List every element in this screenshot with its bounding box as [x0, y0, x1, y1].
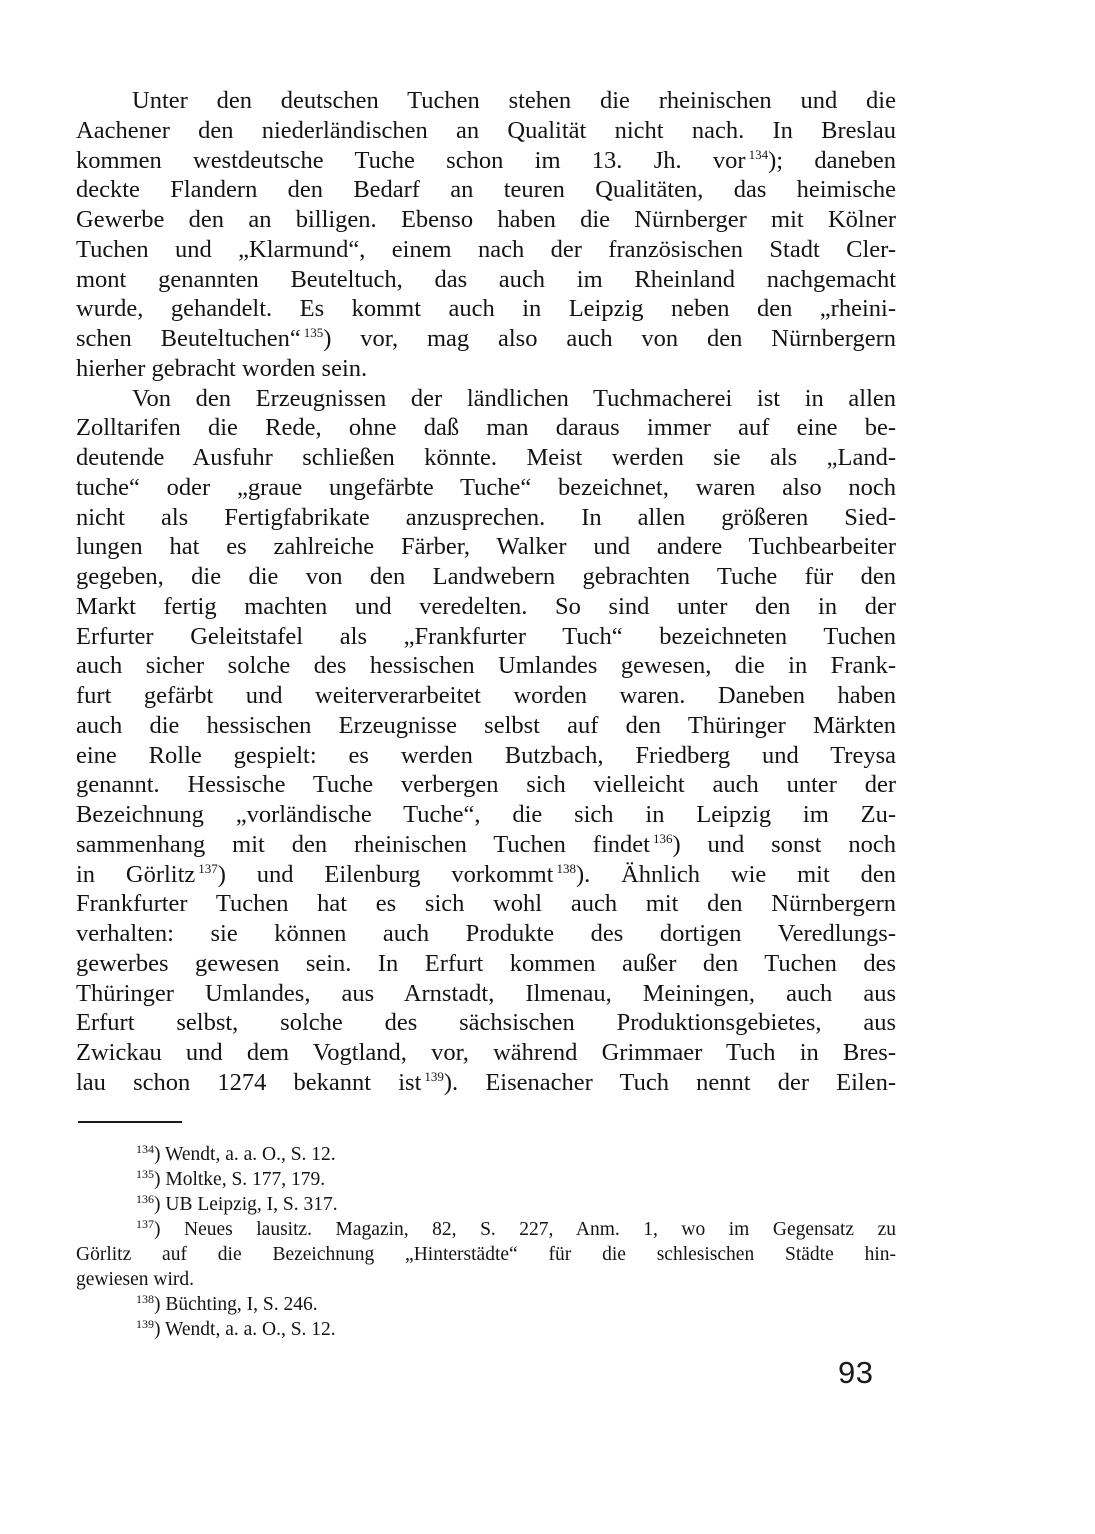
- text-line: Tuchen und „Klarmund“, einem nach der fr…: [76, 235, 896, 265]
- line-text: nicht als Fertigfabrikate anzusprechen. …: [76, 504, 896, 531]
- text-line: auch sicher solche des hessischen Umland…: [76, 651, 896, 681]
- footnote-ref-139[interactable]: 139: [424, 1069, 444, 1084]
- line-text: Thüringer Umlandes, aus Arnstadt, Ilmena…: [76, 980, 896, 1007]
- line-text: mont genannten Beuteltuch, das auch im R…: [76, 266, 896, 293]
- footnote-text: gewiesen wird.: [76, 1269, 194, 1290]
- line-text: auch die hessischen Erzeugnisse selbst a…: [76, 712, 896, 739]
- line-text: gegeben, die die von den Landwebern gebr…: [76, 563, 896, 590]
- text-line: lau schon 1274 bekannt ist139). Eisenach…: [76, 1068, 896, 1098]
- text-line: sammenhang mit den rheinischen Tuchen fi…: [76, 830, 896, 860]
- footnote-text: Wendt, a. a. O., S. 12.: [165, 1144, 336, 1165]
- footnote-ref-134[interactable]: 134: [749, 147, 769, 162]
- text-line: mont genannten Beuteltuch, das auch im R…: [76, 265, 896, 295]
- body-text: Unter den deutschen Tuchen stehen die rh…: [76, 86, 896, 1098]
- text-line: nicht als Fertigfabrikate anzusprechen. …: [76, 503, 896, 533]
- line-text: Markt fertig machten und veredelten. So …: [76, 593, 896, 620]
- line-text: wurde, gehandelt. Es kommt auch in Leipz…: [76, 295, 896, 322]
- line-text: Tuchen und „Klarmund“, einem nach der fr…: [76, 236, 896, 263]
- text-line: Zolltarifen die Rede, ohne daß man darau…: [76, 413, 896, 443]
- footnote-number: 134: [136, 1142, 154, 1156]
- text-line: hierher gebracht worden sein.: [76, 354, 896, 384]
- line-text: ). Eisenacher Tuch nennt der Eilen-: [444, 1069, 896, 1096]
- footnote-134: 134) Wendt, a. a. O., S. 12.: [76, 1142, 896, 1167]
- line-text: eine Rolle gespielt: es werden Butzbach,…: [76, 742, 896, 769]
- line-text: in Görlitz: [76, 861, 195, 888]
- footnote-139: 139) Wendt, a. a. O., S. 12.: [76, 1317, 896, 1342]
- text-line: deutende Ausfuhr schließen könnte. Meist…: [76, 443, 896, 473]
- text-line: Erfurter Geleitstafel als „Frankfurter T…: [76, 622, 896, 652]
- text-line: Bezeichnung „vorländische Tuche“, die si…: [76, 800, 896, 830]
- line-text: tuche“ oder „graue ungefärbte Tuche“ bez…: [76, 474, 896, 501]
- footnote-text: Büchting, I, S. 246.: [165, 1294, 317, 1315]
- line-text: Erfurter Geleitstafel als „Frankfurter T…: [76, 623, 896, 650]
- line-text: hierher gebracht worden sein.: [76, 355, 367, 382]
- text-line: lungen hat es zahlreiche Färber, Walker …: [76, 532, 896, 562]
- line-text: Zwickau und dem Vogtland, vor, während G…: [76, 1039, 896, 1066]
- document-page: Unter den deutschen Tuchen stehen die rh…: [0, 0, 1095, 1534]
- footnote-135: 135) Moltke, S. 177, 179.: [76, 1167, 896, 1192]
- line-text: kommen westdeutsche Tuche schon im 13. J…: [76, 147, 746, 174]
- text-line: deckte Flandern den Bedarf an teuren Qua…: [76, 175, 896, 205]
- footnote-number: 137: [136, 1217, 154, 1231]
- text-line: gegeben, die die von den Landwebern gebr…: [76, 562, 896, 592]
- footnote-number: 136: [136, 1192, 154, 1206]
- line-text: Zolltarifen die Rede, ohne daß man darau…: [76, 414, 896, 441]
- footnote-137-cont: gewiesen wird.: [76, 1267, 896, 1292]
- text-line: Unter den deutschen Tuchen stehen die rh…: [76, 86, 896, 116]
- footnote-number: 139: [136, 1317, 154, 1331]
- text-line: auch die hessischen Erzeugnisse selbst a…: [76, 711, 896, 741]
- line-text: genannt. Hessische Tuche verbergen sich …: [76, 771, 896, 798]
- text-line: Von den Erzeugnissen der ländlichen Tuch…: [76, 384, 896, 414]
- line-text: lungen hat es zahlreiche Färber, Walker …: [76, 533, 896, 560]
- line-text: deutende Ausfuhr schließen könnte. Meist…: [76, 444, 896, 471]
- footnote-text: UB Leipzig, I, S. 317.: [165, 1194, 337, 1215]
- line-text: ) und sonst noch: [672, 831, 896, 858]
- text-line: Zwickau und dem Vogtland, vor, während G…: [76, 1038, 896, 1068]
- line-text: Unter den deutschen Tuchen stehen die rh…: [132, 87, 896, 114]
- text-line: Aachener den niederländischen an Qualitä…: [76, 116, 896, 146]
- footnote-ref-137[interactable]: 137: [198, 861, 218, 876]
- line-text: Bezeichnung „vorländische Tuche“, die si…: [76, 801, 896, 828]
- line-text: Aachener den niederländischen an Qualitä…: [76, 117, 896, 144]
- footnote-separator: [78, 1121, 182, 1123]
- text-line: Markt fertig machten und veredelten. So …: [76, 592, 896, 622]
- line-text: deckte Flandern den Bedarf an teuren Qua…: [76, 176, 896, 203]
- line-text: Frankfurter Tuchen hat es sich wohl auch…: [76, 890, 896, 917]
- text-line: Gewerbe den an billigen. Ebenso haben di…: [76, 205, 896, 235]
- line-text: ); daneben: [768, 147, 896, 174]
- line-text: ). Ähnlich wie mit den: [576, 861, 896, 888]
- text-line: tuche“ oder „graue ungefärbte Tuche“ bez…: [76, 473, 896, 503]
- text-line: Frankfurter Tuchen hat es sich wohl auch…: [76, 889, 896, 919]
- line-text: Erfurt selbst, solche des sächsischen Pr…: [76, 1009, 896, 1036]
- footnote-text: Moltke, S. 177, 179.: [165, 1169, 325, 1190]
- line-text: ) vor, mag also auch von den Nürnbergern: [323, 325, 896, 352]
- text-line: kommen westdeutsche Tuche schon im 13. J…: [76, 146, 896, 176]
- line-text: schen Beuteltuchen“: [76, 325, 301, 352]
- text-line: Thüringer Umlandes, aus Arnstadt, Ilmena…: [76, 979, 896, 1009]
- line-text: Gewerbe den an billigen. Ebenso haben di…: [76, 206, 896, 233]
- line-text: furt gefärbt und weiterverarbeitet worde…: [76, 682, 896, 709]
- footnote-text: Wendt, a. a. O., S. 12.: [165, 1319, 336, 1340]
- text-line: eine Rolle gespielt: es werden Butzbach,…: [76, 741, 896, 771]
- line-text: Von den Erzeugnissen der ländlichen Tuch…: [132, 385, 896, 412]
- footnote-text: Neues lausitz. Magazin, 82, S. 227, Anm.…: [184, 1219, 896, 1240]
- footnote-137-cont: Görlitz auf die Bezeichnung „Hinterstädt…: [76, 1242, 896, 1267]
- footnote-138: 138) Büchting, I, S. 246.: [76, 1292, 896, 1317]
- footnote-137: 137) Neues lausitz. Magazin, 82, S. 227,…: [76, 1217, 896, 1242]
- text-line: furt gefärbt und weiterverarbeitet worde…: [76, 681, 896, 711]
- line-text: sammenhang mit den rheinischen Tuchen fi…: [76, 831, 650, 858]
- footnote-136: 136) UB Leipzig, I, S. 317.: [76, 1192, 896, 1217]
- line-text: lau schon 1274 bekannt ist: [76, 1069, 421, 1096]
- text-line: Erfurt selbst, solche des sächsischen Pr…: [76, 1008, 896, 1038]
- text-line: in Görlitz137) und Eilenburg vorkommt138…: [76, 860, 896, 890]
- text-line: genannt. Hessische Tuche verbergen sich …: [76, 770, 896, 800]
- footnote-number: 135: [136, 1167, 154, 1181]
- line-text: auch sicher solche des hessischen Umland…: [76, 652, 896, 679]
- footnote-ref-138[interactable]: 138: [556, 861, 576, 876]
- footnote-text: Görlitz auf die Bezeichnung „Hinterstädt…: [76, 1244, 896, 1265]
- footnote-number: 138: [136, 1292, 154, 1306]
- text-line: gewerbes gewesen sein. In Erfurt kommen …: [76, 949, 896, 979]
- text-line: wurde, gehandelt. Es kommt auch in Leipz…: [76, 294, 896, 324]
- line-text: verhalten: sie können auch Produkte des …: [76, 920, 896, 947]
- text-line: verhalten: sie können auch Produkte des …: [76, 919, 896, 949]
- footnote-ref-135[interactable]: 135: [304, 325, 324, 340]
- line-text: ) und Eilenburg vorkommt: [218, 861, 554, 888]
- footnote-ref-136[interactable]: 136: [653, 831, 673, 846]
- text-line: schen Beuteltuchen“135) vor, mag also au…: [76, 324, 896, 354]
- page-number: 93: [838, 1355, 873, 1391]
- line-text: gewerbes gewesen sein. In Erfurt kommen …: [76, 950, 896, 977]
- footnotes: 134) Wendt, a. a. O., S. 12. 135) Moltke…: [76, 1142, 896, 1342]
